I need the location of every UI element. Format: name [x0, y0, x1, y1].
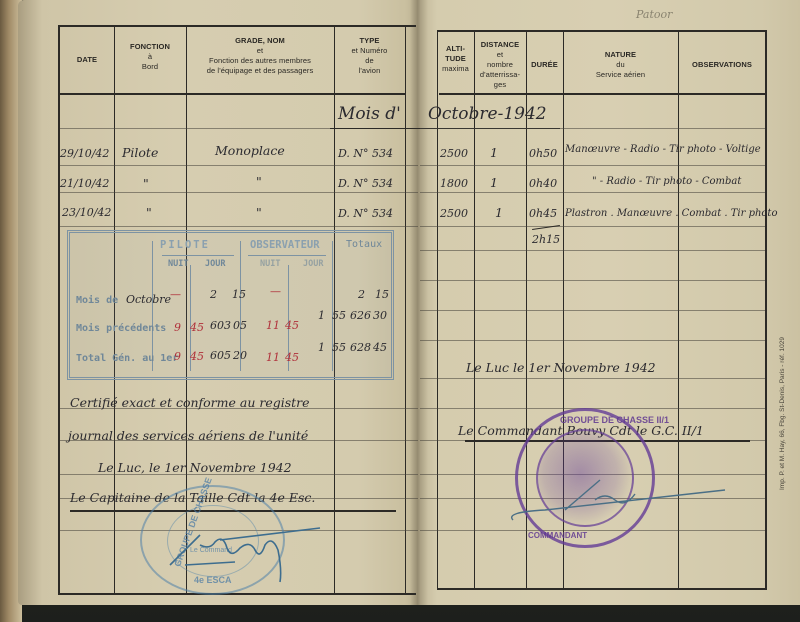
entry-date: 29/10/42: [60, 147, 109, 160]
stamp-cell: 603: [210, 319, 231, 332]
entry-fonction: ": [146, 205, 152, 220]
entry-altitude: 2500: [440, 147, 468, 160]
duration-total: 2h15: [532, 233, 560, 246]
entry-nature: " - Radio - Tir photo - Combat: [592, 176, 741, 187]
stamp-cell: 628: [350, 341, 371, 354]
stamp-cell: 30: [373, 309, 387, 322]
entry-date: 21/10/42: [60, 177, 109, 190]
stamp-cell: 11: [266, 319, 280, 332]
signature-right: [505, 470, 735, 530]
flight-hours-totals-stamp: PILOTE OBSERVATEUR Totaux NUIT JOUR NUIT…: [67, 230, 394, 380]
entry-fonction: ": [143, 176, 149, 191]
stamp-rule: [248, 255, 326, 256]
header-distance: DISTANCE et nombre d'atterrissa- ges: [474, 40, 526, 90]
entry-duration: 0h50: [529, 147, 557, 160]
stamp-header-totaux: Totaux: [346, 239, 382, 250]
stamp-cell: 15: [232, 288, 246, 301]
entry-aircraft: D. N° 534: [338, 207, 393, 220]
row-rule: [420, 192, 765, 193]
header-altitude: ALTI- TUDE maxima: [437, 44, 474, 74]
entry-grade-nom: ": [256, 205, 262, 220]
stamp-cell: 20: [233, 349, 247, 362]
header-observations: OBSERVATIONS: [678, 60, 766, 70]
entry-aircraft: D. N° 534: [338, 177, 393, 190]
entry-landings: 1: [495, 205, 503, 220]
month-heading-left: Mois d': [338, 104, 401, 124]
row-rule: [60, 165, 418, 166]
stamp-row-label-total: Total Gén. au 1er: [76, 353, 178, 364]
entry-grade-nom: ": [256, 174, 262, 189]
certification-line-2: journal des services aériens de l'unité: [68, 428, 308, 443]
pencil-note: Patoor: [636, 8, 672, 21]
entry-altitude: 2500: [440, 207, 468, 220]
row-rule: [420, 340, 765, 341]
stamp-cell: 2: [210, 288, 217, 301]
entry-altitude: 1800: [440, 177, 468, 190]
stamp-subheader-jour: JOUR: [205, 259, 225, 269]
stamp-text: COMMANDANT: [528, 531, 587, 540]
entry-duration: 0h45: [529, 207, 557, 220]
certification-line-1: Certifié exact et conforme au registre: [70, 395, 310, 410]
entry-grade-nom: Monoplace: [215, 143, 285, 158]
stamp-row-month-name: Octobre: [126, 293, 171, 306]
row-rule: [420, 280, 765, 281]
entry-fonction: Pilote: [122, 145, 158, 160]
stamp-subheader-nuit: NUIT: [260, 259, 280, 269]
stamp-row-label-previous: Mois précédents: [76, 323, 166, 334]
entry-aircraft: D. N° 534: [338, 147, 393, 160]
stamp-cell: 45: [285, 351, 299, 364]
stamp-cell: 15: [375, 288, 389, 301]
stamp-cell: 9: [174, 321, 181, 334]
certification-right-date: Le Luc le 1er Novembre 1942: [466, 360, 656, 375]
stamp-cell: 45: [373, 341, 387, 354]
entry-nature: Plastron . Manœuvre . Combat . Tir photo: [565, 208, 777, 219]
stamp-cell: 45: [285, 319, 299, 332]
stamp-cell: 1: [318, 309, 325, 322]
printer-imprint: Imp. P. et M. Hay, 66, Fbg. St-Denis, Pa…: [779, 337, 786, 490]
certification-date: Le Luc, le 1er Novembre 1942: [98, 460, 292, 475]
row-rule: [420, 165, 765, 166]
stamp-divider: [152, 241, 153, 371]
stamp-cell: 55: [332, 309, 346, 322]
stamp-cell: —: [270, 285, 281, 298]
stamp-cell: 2: [358, 288, 365, 301]
row-rule: [60, 192, 418, 193]
stamp-cell: 9: [174, 350, 181, 363]
stamp-text: GROUPE DE CHASSE II/1: [560, 415, 669, 425]
entry-landings: 1: [490, 145, 498, 160]
stamp-row-label-month: Mois de: [76, 295, 118, 306]
stamp-cell: —: [170, 288, 181, 301]
stamp-cell: 45: [190, 350, 204, 363]
header-rule: [439, 93, 765, 95]
stamp-cell: 55: [332, 341, 346, 354]
header-duree: DURÉE: [526, 60, 563, 70]
row-rule: [420, 378, 765, 379]
header-fonction: FONCTION à Bord: [114, 42, 186, 72]
header-rule: [60, 93, 406, 95]
stamp-cell: 1: [318, 341, 325, 354]
row-rule: [420, 226, 765, 227]
header-type: TYPE et Numéro de l'avion: [334, 36, 405, 76]
col-divider: [474, 32, 475, 590]
stamp-rule: [162, 255, 234, 256]
stamp-header-observateur: OBSERVATEUR: [250, 239, 320, 251]
entry-nature: Manœuvre - Radio - Tir photo - Voltige: [565, 144, 761, 155]
stamp-header-pilote: PILOTE: [160, 239, 210, 251]
row-rule: [420, 250, 765, 251]
header-grade-nom: GRADE, NOM et Fonction des autres membre…: [186, 36, 334, 76]
stamp-subheader-jour: JOUR: [303, 259, 323, 269]
stamp-cell: 11: [266, 351, 280, 364]
stamp-cell: 626: [350, 309, 371, 322]
entry-date: 23/10/42: [62, 206, 111, 219]
col-divider: [405, 27, 406, 595]
row-rule: [420, 128, 765, 129]
row-rule: [420, 310, 765, 311]
stamp-cell: 45: [190, 321, 204, 334]
stamp-subheader-nuit: NUIT: [168, 259, 188, 269]
stamp-cell: 05: [233, 319, 247, 332]
stamp-cell: 605: [210, 349, 231, 362]
signature-left: [160, 520, 340, 590]
header-nature: NATURE du Service aérien: [563, 50, 678, 80]
row-rule: [60, 226, 418, 227]
header-date: DATE: [60, 55, 114, 65]
entry-landings: 1: [490, 175, 498, 190]
entry-duration: 0h40: [529, 177, 557, 190]
